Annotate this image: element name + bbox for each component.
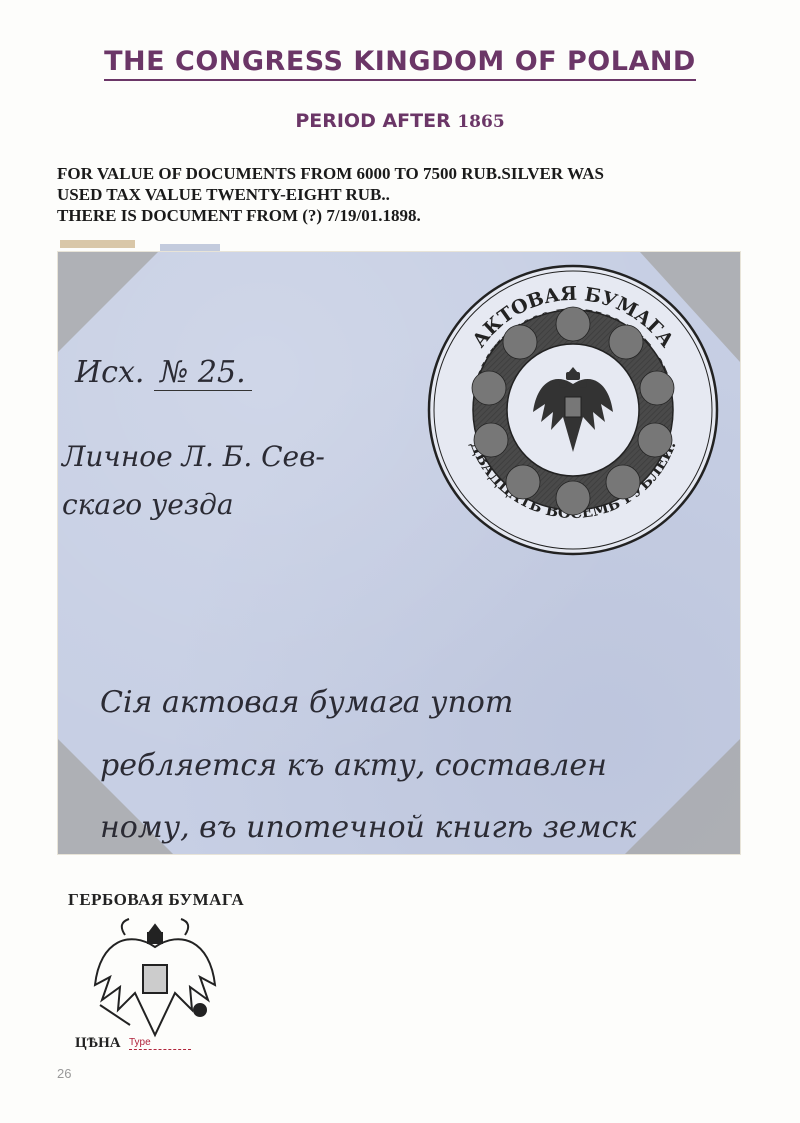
photo-corner-bottom-right [625,739,740,854]
page-title: THE CONGRESS KINGDOM OF POLAND [104,46,696,81]
stamp-paper-emblem [60,885,250,1060]
eagle-icon [95,919,215,1035]
revenue-stamp: АКТОВАЯ БУМАГА СВЫШЕ 6000 ДО 7500 РУБ. С… [425,262,721,558]
handwriting-line: ребляется къ акту, составлен [100,748,607,783]
price-label: ЦѢНА [75,1035,121,1052]
description-line: USED TAX VALUE TWENTY-EIGHT RUB.. [57,184,767,205]
description: FOR VALUE OF DOCUMENTS FROM 6000 TO 7500… [57,163,767,226]
description-line: THERE IS DOCUMENT FROM (?) 7/19/01.1898. [57,205,767,226]
handwriting-line: ному, въ ипотечной книгѣ земск [100,810,636,845]
paper-tab [60,240,135,248]
subtitle-year: 1865 [457,112,504,132]
subtitle-text: PERIOD AFTER [295,110,450,132]
page-title-wrap: THE CONGRESS KINGDOM OF POLAND [0,46,800,81]
photo-corner-top-left [58,252,158,352]
handwriting-line: скаго уезда [62,488,234,521]
number-value: № 25. [154,355,252,391]
handwriting-line: Сія актовая бумага упот [100,685,513,720]
number-prefix: Исх. [75,355,144,390]
document-number: Исх. № 25. [75,355,252,390]
price-field[interactable]: Type [129,1037,191,1050]
description-line: FOR VALUE OF DOCUMENTS FROM 6000 TO 7500… [57,163,767,184]
stamp-paper-title: ГЕРБОВАЯ БУМАГА [68,890,244,910]
handwriting-line: Личное Л. Б. Сев- [62,440,325,473]
page-subtitle: PERIOD AFTER 1865 [0,110,800,132]
paper-tab [160,244,220,252]
page-number: 26 [57,1066,71,1081]
